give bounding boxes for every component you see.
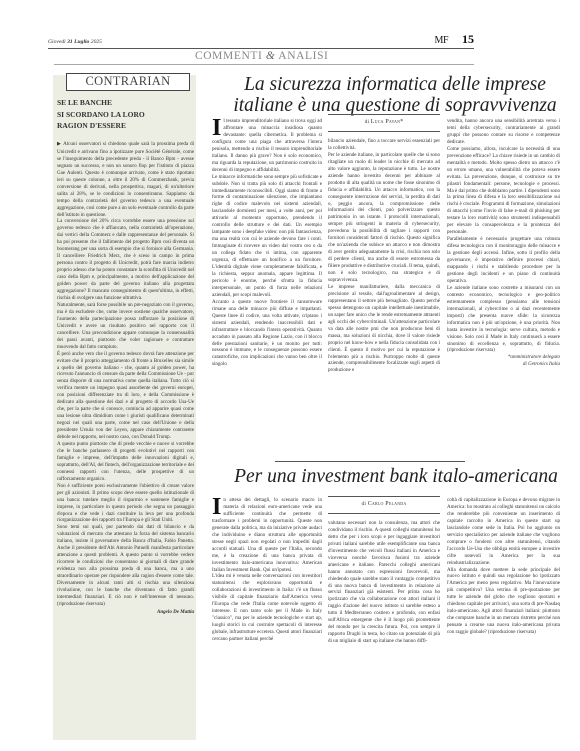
section-title: COMMENTI & ANALISI (195, 50, 329, 62)
header-divider (48, 48, 474, 49)
author-note: *amministratore delegato di Getronics It… (447, 354, 560, 368)
article2-headline: Per una investment bank italo-americana (215, 466, 577, 488)
contrarian-body: ▶ Alcuni osservatori si chiedono quale s… (57, 141, 194, 616)
article1-byline: di Luca Pavan* (328, 114, 440, 132)
page-header: Giovedì 31 Luglio 2025 MF 15 (48, 28, 473, 48)
contrarian-headline: SE LE BANCHE SI SCORDANO LA LORO RAGION … (57, 97, 197, 132)
contrarian-author: Angelo De Mattia (57, 609, 194, 616)
arrow-bullet-icon: ▶ (57, 142, 61, 147)
section-divider (54, 64, 474, 65)
article2-byline: di Carlo Pelanda (328, 496, 440, 514)
article1-column-2: di Luca Pavan* bilancio aziendale, fino … (328, 112, 440, 374)
contrarian-label: CONTRARIAN (66, 73, 190, 91)
article-divider (275, 461, 465, 462)
dropcap: I (212, 498, 221, 517)
article2-column-2: di Carlo Pelanda valutano necessari non … (328, 494, 440, 645)
article2-column-1: I n attesa dei dettagli, lo scenario mac… (212, 497, 322, 643)
page-number: 15 (462, 32, 474, 47)
article1-column-3: vendita, hanno ancora una sensibilità ar… (447, 118, 560, 368)
article1-column-1: I l tessuto imprenditoriale italiano si … (212, 118, 322, 368)
dropcap: I (212, 119, 221, 138)
issue-date: Giovedì 31 Luglio 2025 (48, 39, 102, 45)
article2-column-3: coltà di capitalizzazione in Europa e de… (447, 497, 560, 636)
article1-headline: La sicurezza informatica delle imprese i… (215, 74, 575, 116)
publication-logo: MF (435, 35, 448, 46)
